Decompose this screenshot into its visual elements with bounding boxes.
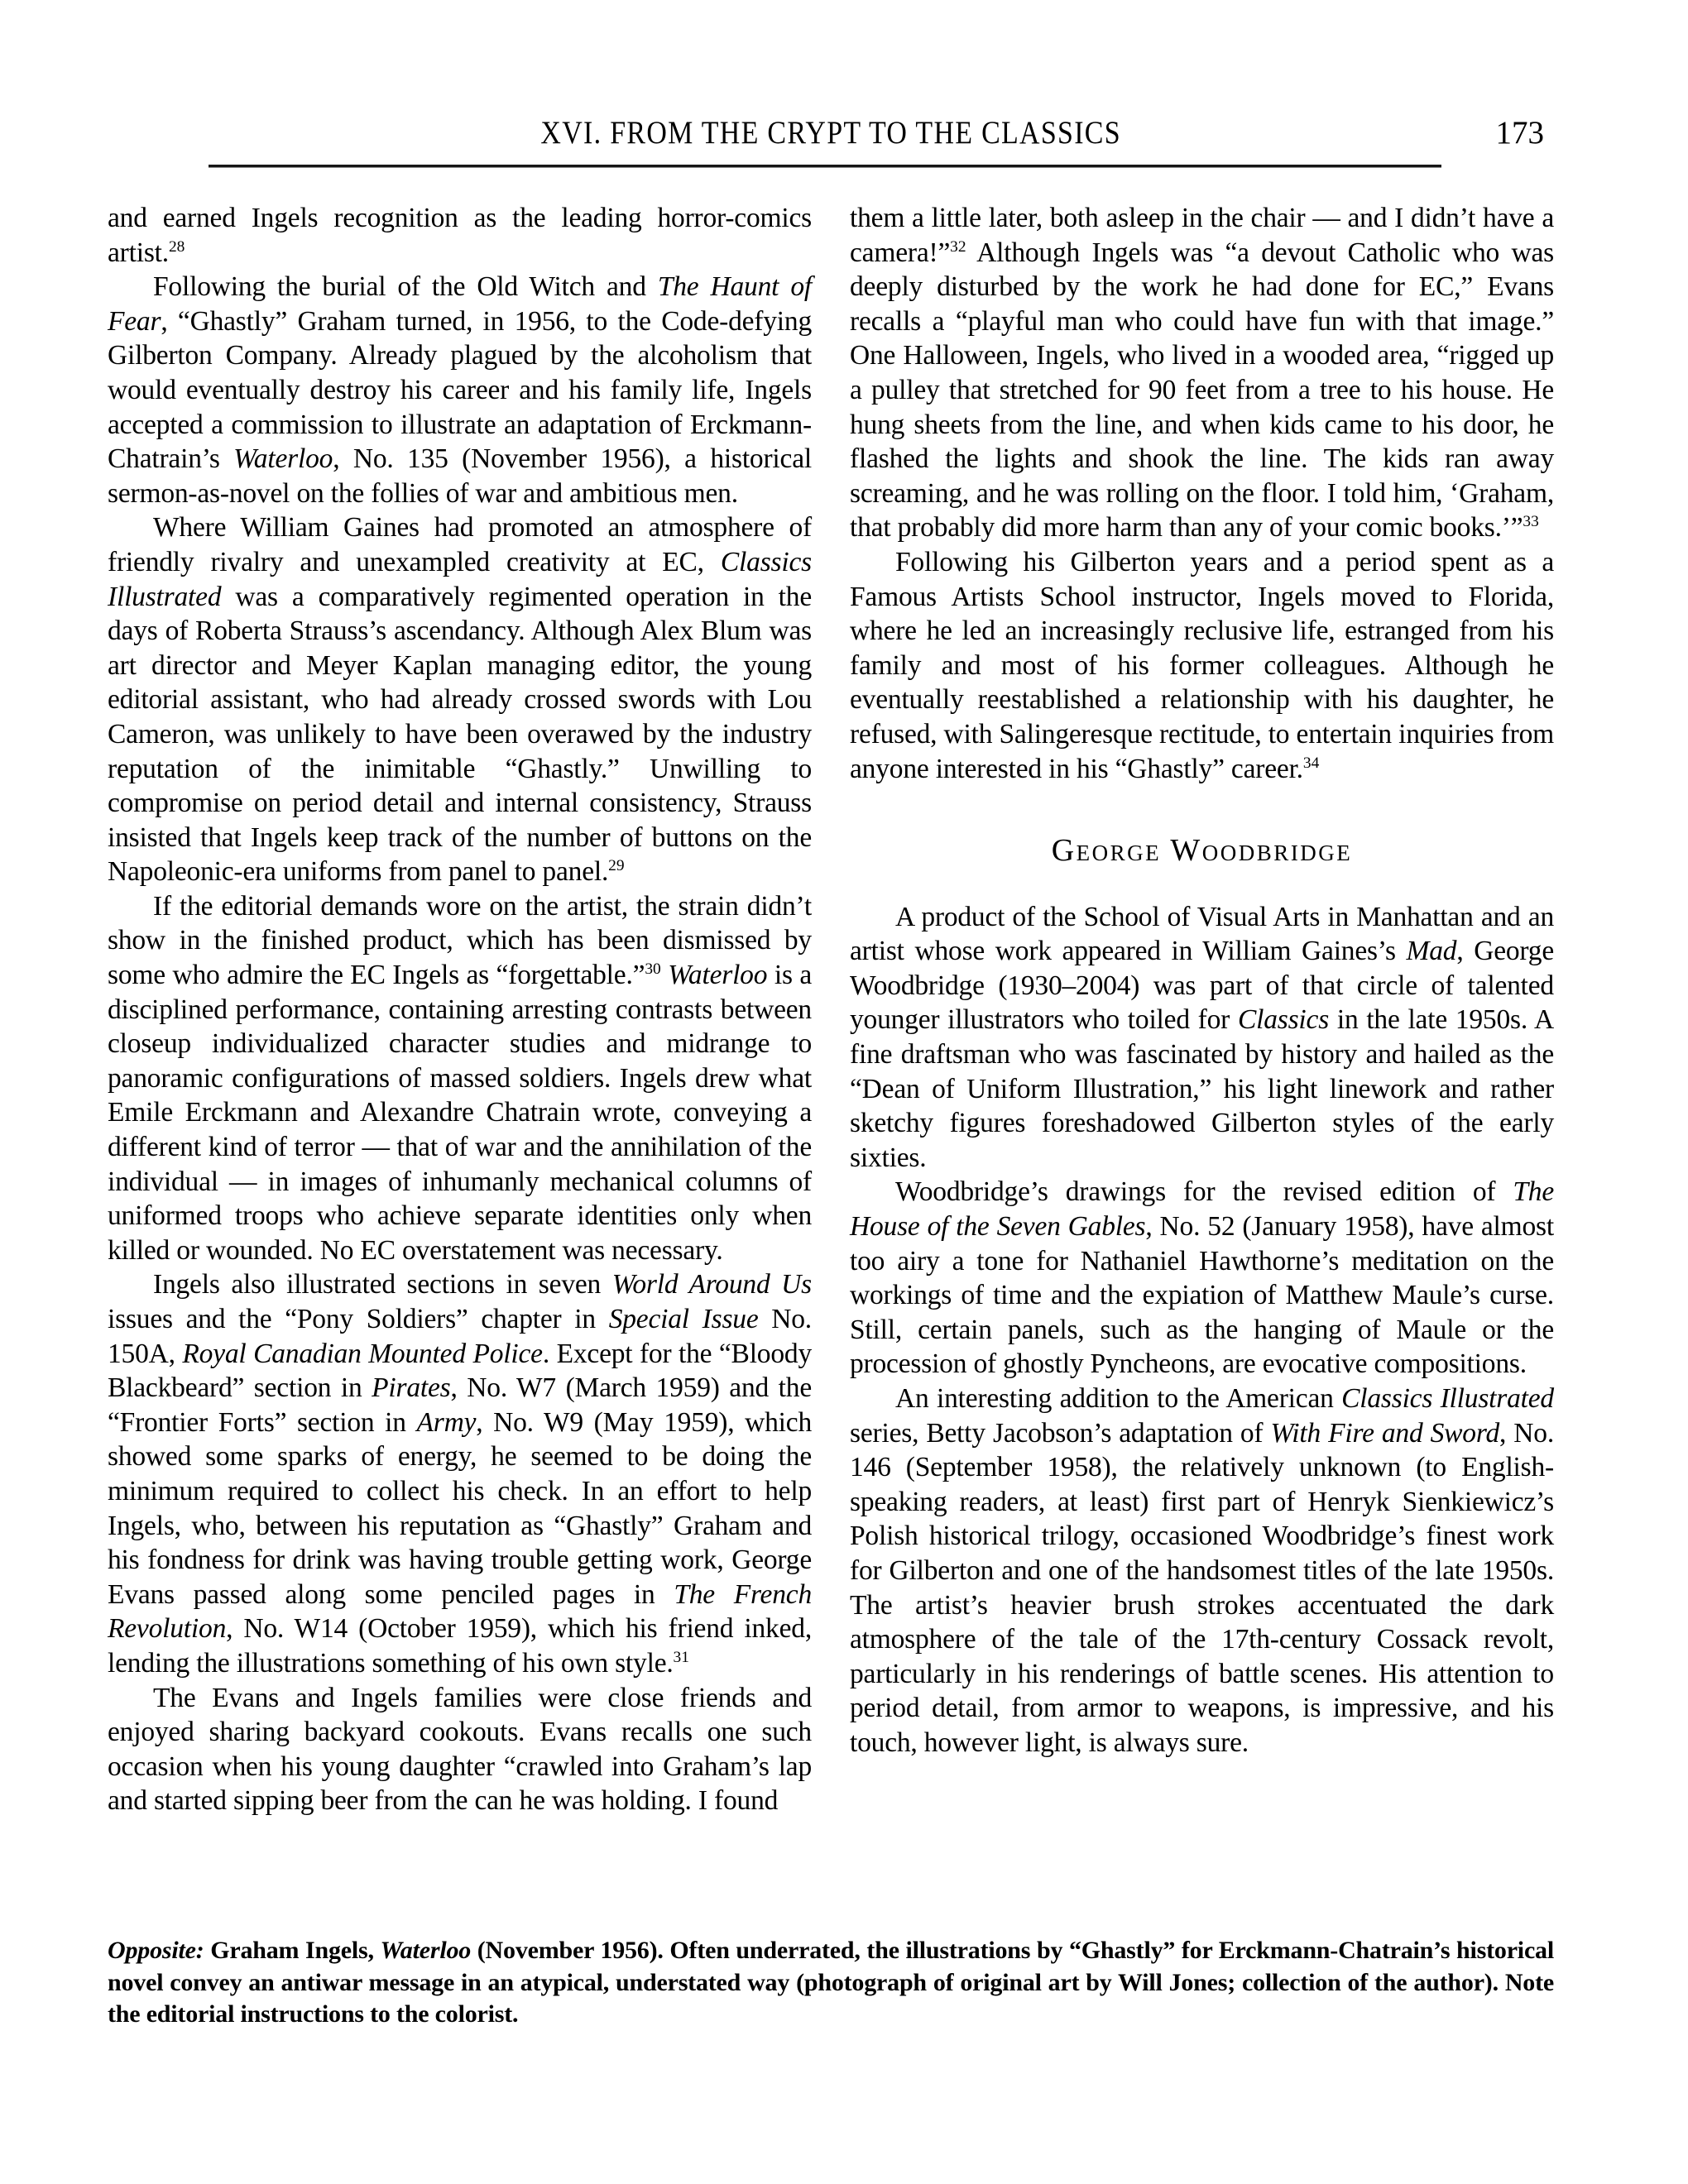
text-run: Opposite: [108,1937,204,1964]
paragraph: An interesting addition to the American … [850,1382,1554,1760]
footnote-ref: 28 [169,237,185,255]
paragraph: and earned Ingels recognition as the lea… [108,201,812,270]
text-run: Royal Canadian Mounted Police [182,1339,542,1369]
footnote-ref: 32 [950,237,966,255]
text-run: Woodbridge’s drawings for the revised ed… [895,1176,1513,1207]
caption: Opposite: Graham Ingels, Waterloo (Novem… [108,1935,1554,2031]
section-heading: George Woodbridge [850,834,1554,869]
footnote-ref: 33 [1523,513,1538,530]
paragraph: Following the burial of the Old Witch an… [108,270,812,510]
paragraph: Woodbridge’s drawings for the revised ed… [850,1175,1554,1382]
text-run: Following the burial of the Old Witch an… [153,271,658,302]
text-run: Although Ingels was “a devout Catholic w… [850,237,1554,544]
text-run: World Around Us [612,1269,812,1300]
text-run: Mad [1407,936,1457,966]
text-run: Classics Illustrated [1341,1383,1554,1414]
text-run: Where William Gaines had promoted an atm… [108,512,812,577]
paragraph: Where William Gaines had promoted an atm… [108,510,812,889]
text-run: was a comparatively regimented operation… [108,582,812,888]
left-column: and earned Ingels recognition as the lea… [108,201,812,1818]
text-run: issues and the “Pony Soldiers” chapter i… [108,1304,609,1334]
text-run: Waterloo [668,960,767,990]
text-run: Army [417,1407,477,1438]
header-rule [209,165,1441,168]
paragraph: Ingels also illustrated sections in seve… [108,1267,812,1680]
paragraph: If the editorial demands wore on the art… [108,889,812,1268]
footnote-ref: 34 [1303,754,1319,771]
text-run [661,960,669,990]
text-run: is a disciplined performance, containing… [108,960,812,1266]
text-run: Classics [1238,1004,1329,1035]
text-run: Ingels also illustrated sections in seve… [153,1269,612,1300]
text-run: , No. 146 (September 1958), the relative… [850,1418,1554,1758]
book-page: XVI. FROM THE CRYPT TO THE CLASSICS 173 … [0,0,1688,2184]
page-number: 173 [1496,114,1545,151]
footnote-ref: 30 [645,960,660,978]
running-head: XVI. FROM THE CRYPT TO THE CLASSICS [108,114,1554,151]
text-run: Graham Ingels, [204,1937,381,1964]
footnote-ref: 29 [608,857,624,874]
chapter-title: XVI. FROM THE CRYPT TO THE CLASSICS [540,114,1121,151]
paragraph: Following his Gilberton years and a peri… [850,545,1554,786]
page-content: XVI. FROM THE CRYPT TO THE CLASSICS 173 … [108,0,1554,2184]
text-run: series, Betty Jacobson’s adaptation of [850,1418,1270,1449]
text-run: With Fire and Sword [1270,1418,1499,1449]
footnote-ref: 31 [674,1649,689,1666]
text-run: and earned Ingels recognition as the lea… [108,203,812,268]
text-run: Waterloo [233,443,333,474]
text-run: Following his Gilberton years and a peri… [850,547,1554,784]
text-run: Pirates [372,1372,450,1403]
paragraph: A product of the School of Visual Arts i… [850,900,1554,1176]
paragraph: The Evans and Ingels families were close… [108,1681,812,1818]
paragraph: them a little later, both asleep in the … [850,201,1554,545]
right-column: them a little later, both asleep in the … [850,201,1554,1818]
text-run: Special Issue [609,1304,759,1334]
text-run: An interesting addition to the American [895,1383,1341,1414]
text-run: Waterloo [381,1937,472,1964]
text-run: The Evans and Ingels families were close… [108,1683,812,1817]
text-columns: and earned Ingels recognition as the lea… [108,201,1554,1818]
